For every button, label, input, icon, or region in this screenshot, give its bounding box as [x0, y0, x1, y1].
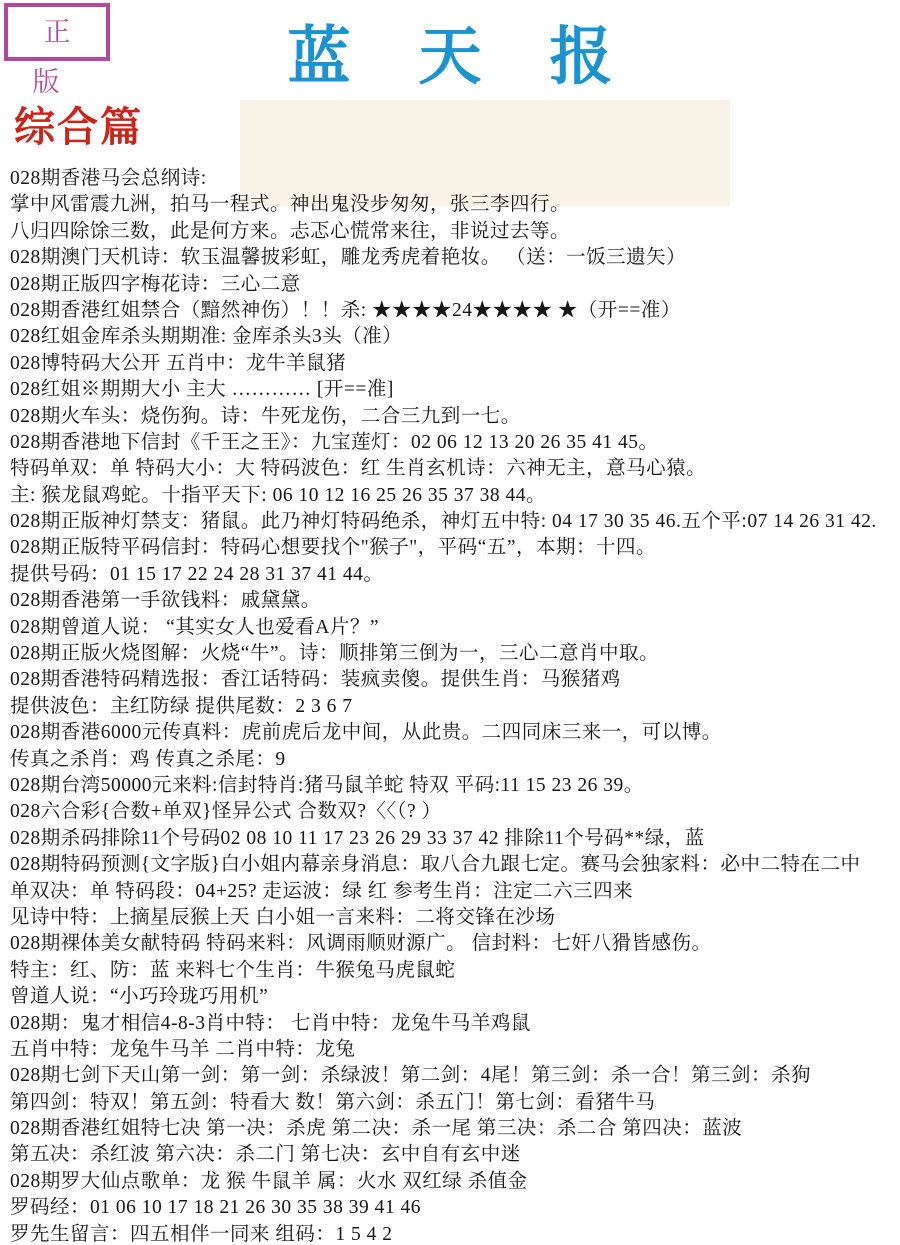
page-title: 蓝天报 [0, 6, 900, 97]
text-line: 提供波色：主红防绿 提供尾数：2 3 6 7 [10, 694, 898, 720]
text-line: 曾道人说：“小巧玲珑巧用机” [10, 984, 898, 1010]
text-line: 028期正版火烧图解：火烧“牛”。诗：顺排第三倒为一，三心二意肖中取。 [10, 641, 898, 667]
text-line: 第四剑：特双！第五剑：特看大 数！第六剑：杀五门！第七剑：看猪牛马 [10, 1090, 898, 1116]
text-line: 028期裸体美女献特码 特码来料：风调雨顺财源广。 信封料：七奸八猾皆感伤。 [10, 931, 898, 957]
text-line: 028期杀码排除11个号码02 08 10 11 17 23 26 29 33 … [10, 826, 898, 852]
text-line: 罗码经：01 06 10 17 18 21 26 30 35 38 39 41 … [10, 1195, 898, 1221]
text-line: 028期香港第一手欲钱料：戚黛黛。 [10, 588, 898, 614]
text-line: 单双决：单 特码段：04+25? 走运波：绿 红 参考生肖：注定二六三四来 [10, 879, 898, 905]
text-line: 028期香港6000元传真料：虎前虎后龙中间，从此贵。二四同床三来一，可以博。 [10, 720, 898, 746]
text-line: 五肖中特：龙兔牛马羊 二肖中特：龙兔 [10, 1037, 898, 1063]
text-line: 028期：鬼才相信4-8-3肖中特： 七肖中特：龙兔牛马羊鸡鼠 [10, 1011, 898, 1037]
text-line: 028期香港地下信封《千王之王》：九宝莲灯：02 06 12 13 20 26 … [10, 430, 898, 456]
text-line: 028期香港红姐禁合（黯然神伤）！！杀: ★★★★24★★★★ ★（开==准） [10, 298, 898, 324]
text-line: 028期香港红姐特七决 第一决：杀虎 第二决：杀一尾 第三决：杀二合 第四决：蓝… [10, 1116, 898, 1142]
text-line: 028期特码预测{文字版}白小姐内幕亲身消息：取八合九跟七定。赛马会独家料：必中… [10, 852, 898, 878]
text-line: 028六合彩{合数+单双}怪异公式 合数双?〈〈（? ） [10, 799, 898, 825]
text-line: 提供号码：01 15 17 22 24 28 31 37 41 44。 [10, 562, 898, 588]
text-line: 掌中风雷震九洲，拍马一程式。神出鬼没步匆匆，张三李四行。 [10, 192, 898, 218]
text-line: 028红姐金库杀头期期准: 金库杀头3头（准） [10, 324, 898, 350]
text-line: 传真之杀肖：鸡 传真之杀尾：9 [10, 747, 898, 773]
text-line: 特主：红、防：蓝 来料七个生肖：牛猴兔马虎鼠蛇 [10, 958, 898, 984]
text-line: 028期台湾50000元来料:信封特肖:猪马鼠羊蛇 特双 平码:11 15 23… [10, 773, 898, 799]
text-line: 028期七剑下天山第一剑：第一剑：杀绿波！第二剑：4尾！第三剑：杀一合！第三剑：… [10, 1063, 898, 1089]
text-line: 第五决：杀红波 第六决：杀二门 第七决：玄中自有玄中迷 [10, 1142, 898, 1168]
text-line: 028红姐※期期大小 主大 ………… [开==准] [10, 377, 898, 403]
newspaper-page: 正版 蓝天报 综合篇 028期香港马会总纲诗:掌中风雷震九洲，拍马一程式。神出鬼… [0, 0, 900, 1245]
content-lines: 028期香港马会总纲诗:掌中风雷震九洲，拍马一程式。神出鬼没步匆匆，张三李四行。… [10, 166, 898, 1245]
text-line: 028期火车头：烧伤狗。诗：牛死龙伤，二合三九到一七。 [10, 404, 898, 430]
text-line: 028期正版特平码信封：特码心想要找个"猴子"，平码“五”，本期：十四。 [10, 535, 898, 561]
text-line: 028期香港特码精选报：香江话特码：装疯卖傻。提供生肖：马猴猪鸡 [10, 667, 898, 693]
text-line: 028期香港马会总纲诗: [10, 166, 898, 192]
text-line: 028期正版神灯禁支：猪鼠。此乃神灯特码绝杀，神灯五中特: 04 17 30 3… [10, 509, 898, 535]
section-title: 综合篇 [14, 94, 143, 153]
text-line: 028期罗大仙点歌单：龙 猴 牛鼠羊 属：火水 双红绿 杀值金 [10, 1169, 898, 1195]
text-line: 特码单双：单 特码大小：大 特码波色：红 生肖玄机诗：六神无主，意马心猿。 [10, 456, 898, 482]
text-line: 见诗中特：上摘星辰猴上天 白小姐一言来料：二将交锋在沙场 [10, 905, 898, 931]
text-line: 主: 猴龙鼠鸡蛇。十指平天下: 06 10 12 16 25 26 35 37 … [10, 483, 898, 509]
text-line: 028期曾道人说： “其实女人也爱看A片？” [10, 615, 898, 641]
text-line: 八归四除馀三数，此是何方来。忐忑心慌常来往，非说过去等。 [10, 219, 898, 245]
text-line: 028博特码大公开 五肖中：龙牛羊鼠猪 [10, 351, 898, 377]
text-line: 028期澳门天机诗：软玉温馨披彩虹，雕龙秀虎着艳妆。 （送：一饭三遗矢） [10, 245, 898, 271]
text-line: 028期正版四字梅花诗：三心二意 [10, 272, 898, 298]
text-line: 罗先生留言：四五相伴一同来 组码：1 5 4 2 [10, 1222, 898, 1245]
